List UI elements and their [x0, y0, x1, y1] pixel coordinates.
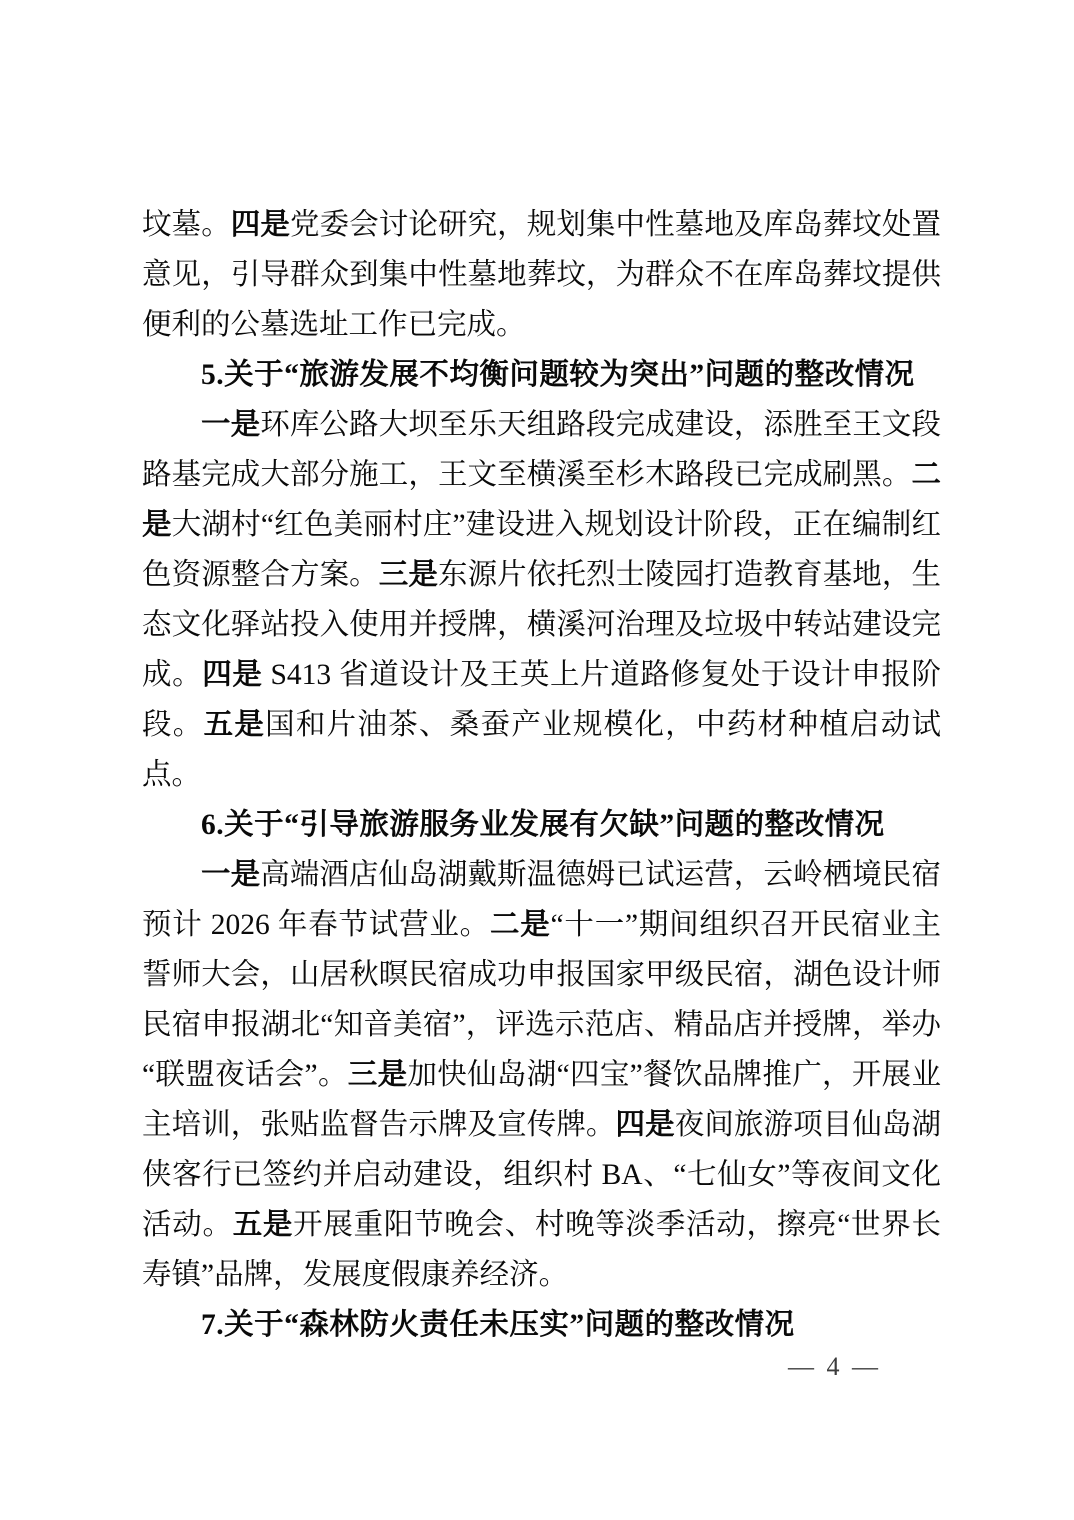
text-run: 坟墓。 — [142, 209, 231, 241]
page-number: — 4 — — [788, 1352, 881, 1382]
section-heading: 5.关于“旅游发展不均衡问题较为突出”问题的整改情况 — [142, 350, 941, 400]
paragraph: 一是环库公路大坝至乐天组路段完成建设，添胜至王文段路基完成大部分施工，王文至横溪… — [142, 400, 941, 800]
bold-text-run: 6.关于“引导旅游服务业发展有欠缺”问题的整改情况 — [201, 809, 885, 841]
bold-text-run: 四是 — [616, 1109, 675, 1141]
bold-text-run: 四是 — [202, 659, 262, 691]
bold-text-run: 5.关于“旅游发展不均衡问题较为突出”问题的整改情况 — [201, 359, 915, 391]
section-heading: 6.关于“引导旅游服务业发展有欠缺”问题的整改情况 — [142, 800, 941, 850]
document-body: 坟墓。四是党委会讨论研究，规划集中性墓地及库岛葬坟处置意见，引导群众到集中性墓地… — [142, 200, 941, 1350]
bold-text-run: 五是 — [233, 1209, 293, 1241]
bold-text-run: 一是 — [201, 859, 260, 891]
text-run: 环库公路大坝至乐天组路段完成建设，添胜至王文段路基完成大部分施工，王文至横溪至杉… — [142, 409, 941, 491]
bold-text-run: 三是 — [348, 1059, 408, 1091]
bold-text-run: 7.关于“森林防火责任未压实”问题的整改情况 — [201, 1309, 795, 1341]
section-heading: 7.关于“森林防火责任未压实”问题的整改情况 — [142, 1300, 941, 1350]
bold-text-run: 四是 — [231, 209, 290, 241]
paragraph: 坟墓。四是党委会讨论研究，规划集中性墓地及库岛葬坟处置意见，引导群众到集中性墓地… — [142, 200, 941, 350]
bold-text-run: 三是 — [379, 559, 438, 591]
bold-text-run: 五是 — [204, 709, 266, 741]
document-page: 坟墓。四是党委会讨论研究，规划集中性墓地及库岛葬坟处置意见，引导群众到集中性墓地… — [0, 0, 1074, 1520]
bold-text-run: 二是 — [490, 909, 551, 941]
bold-text-run: 一是 — [201, 409, 260, 441]
paragraph: 一是高端酒店仙岛湖戴斯温德姆已试运营，云岭栖境民宿预计 2026 年春节试营业。… — [142, 850, 941, 1300]
